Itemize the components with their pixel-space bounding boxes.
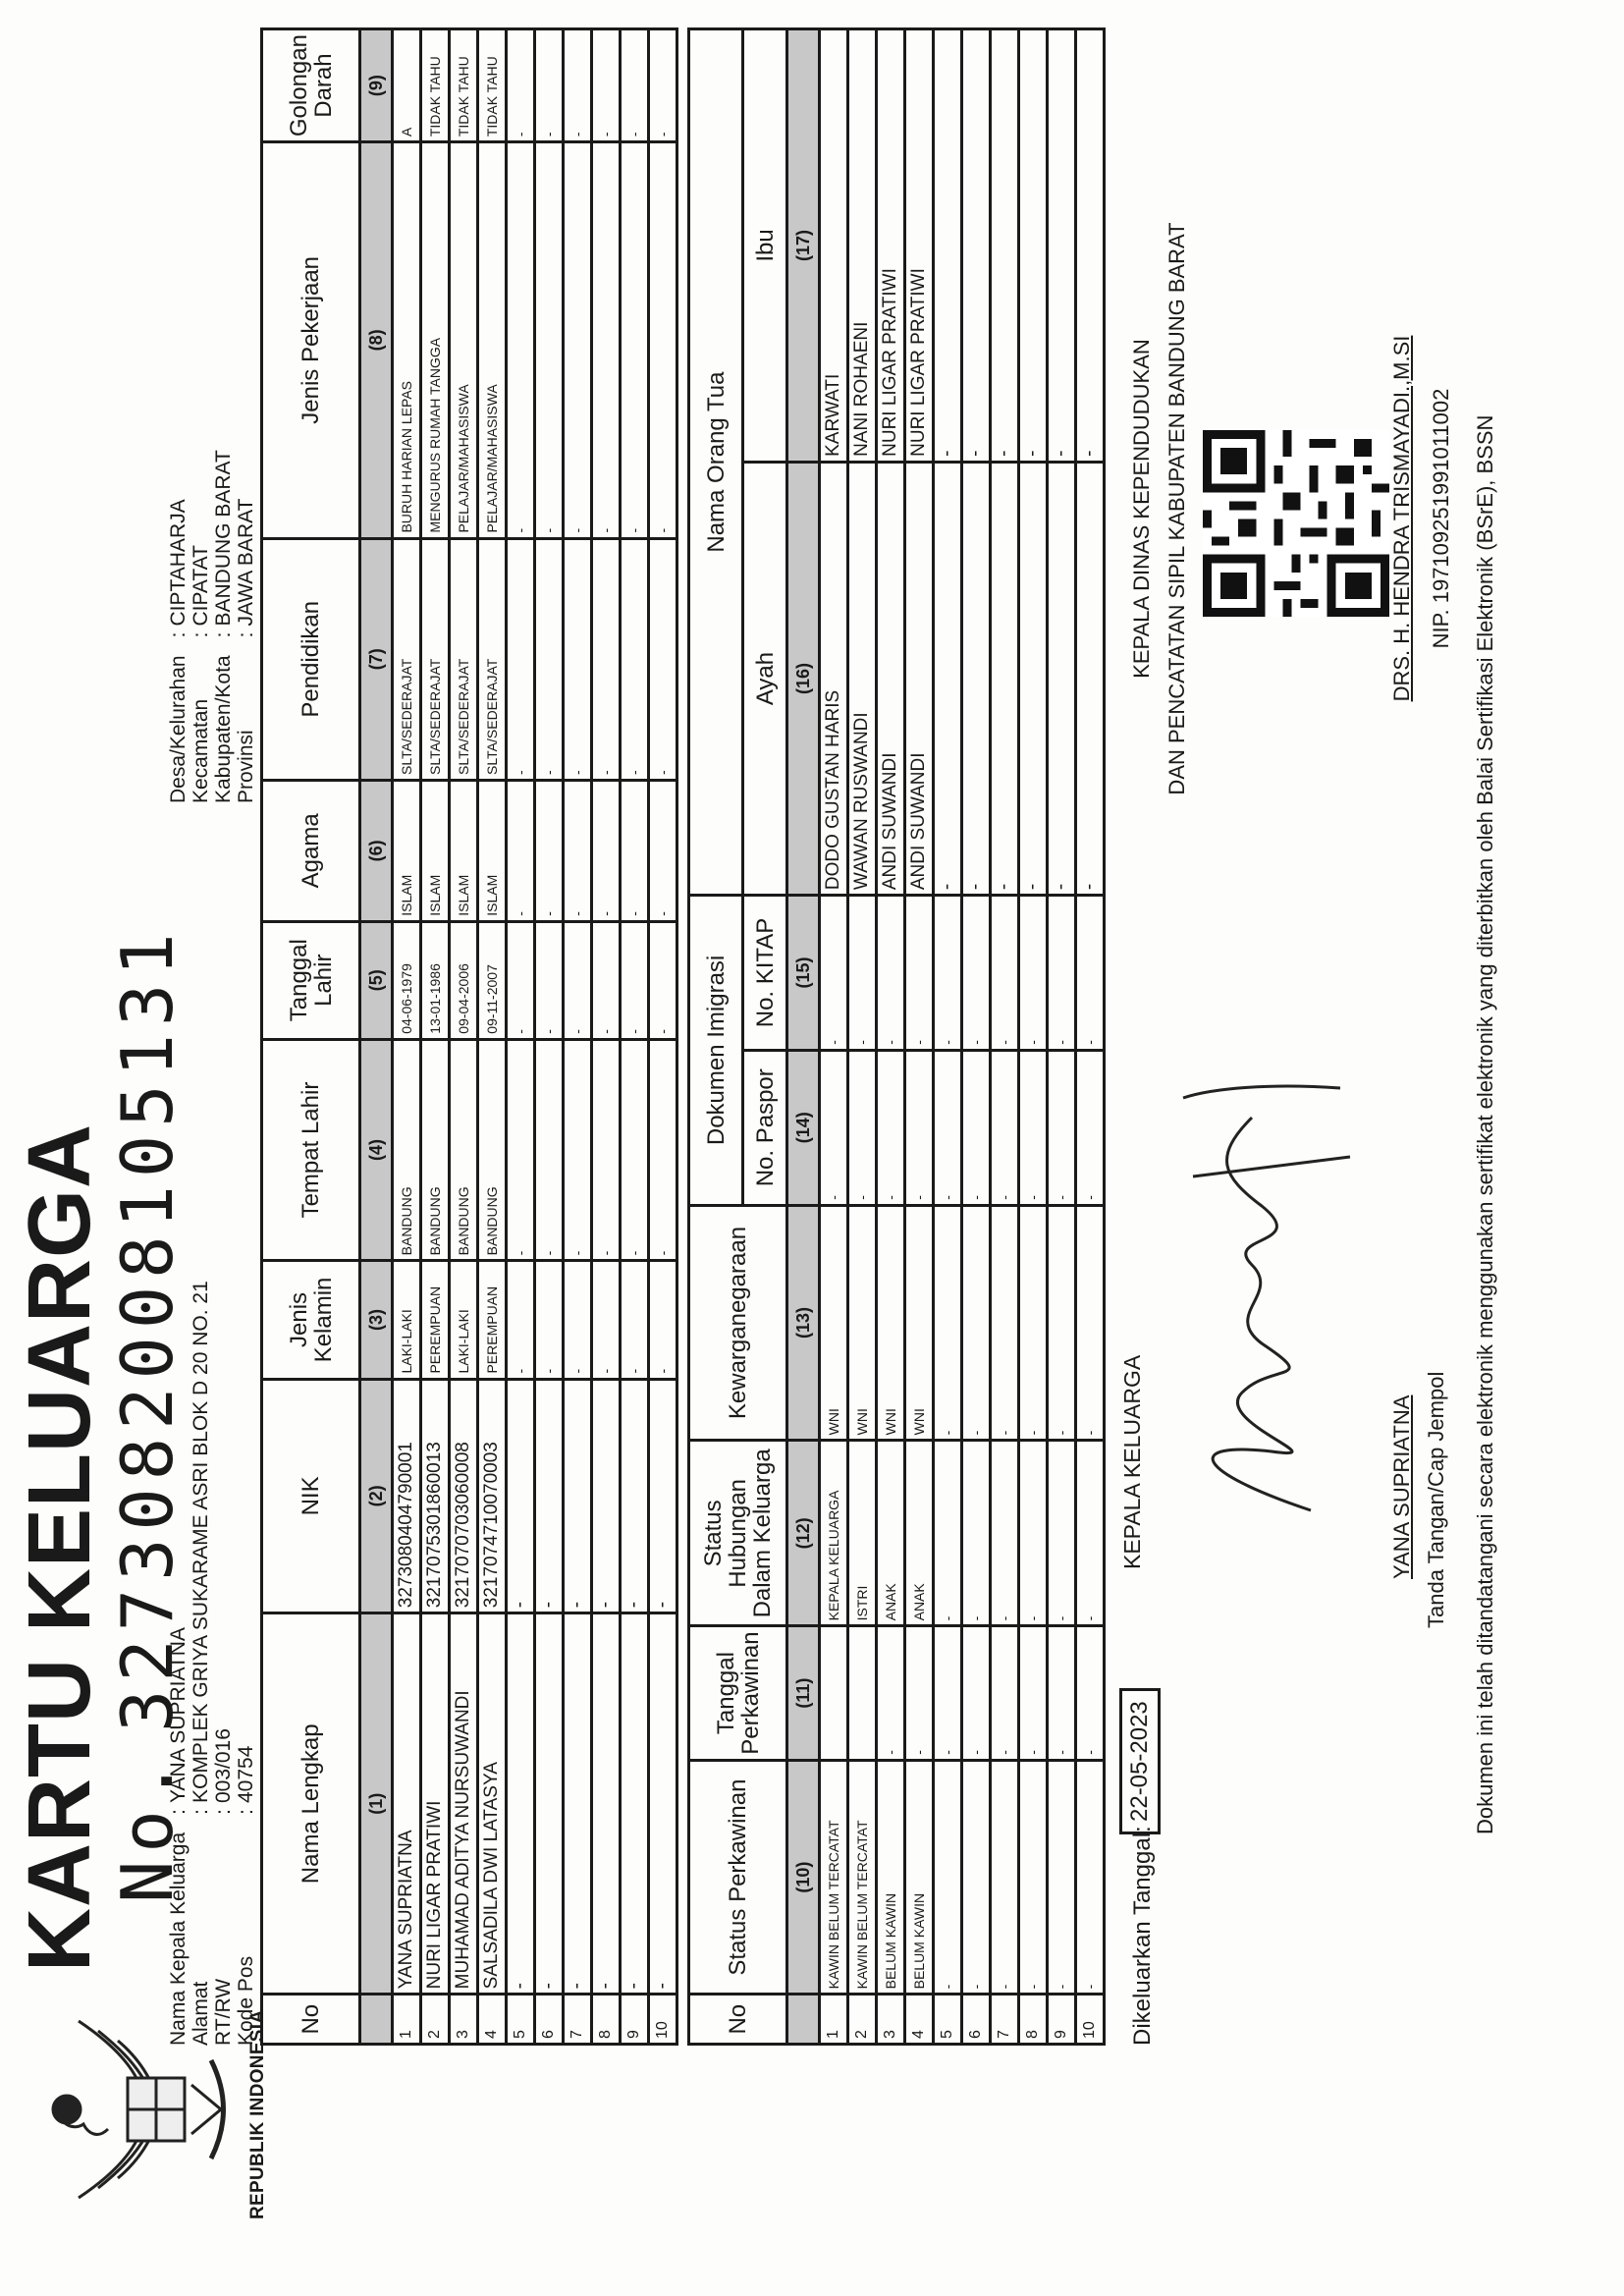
table-cell: - [991, 1441, 1019, 1626]
col-header: Jenis Pekerjaan [262, 142, 360, 538]
table-cell: - [535, 29, 564, 142]
table-cell: - [991, 896, 1019, 1051]
table-cell: - [1076, 896, 1105, 1051]
table-cell: - [621, 1261, 649, 1379]
column-number: (5) [360, 921, 393, 1039]
table-cell: - [564, 780, 592, 921]
table-cell: - [991, 1050, 1019, 1205]
table-cell: 09-04-2006 [450, 921, 478, 1039]
table-cell: - [1076, 1205, 1105, 1441]
table-cell: SALSADILA DWI LATASYA [478, 1613, 507, 1995]
table-cell: - [1019, 29, 1048, 463]
table-cell: - [1048, 1760, 1076, 1995]
table-cell: 7 [991, 1995, 1019, 2045]
table-cell: KARWATI [820, 29, 848, 463]
official-nip: NIP. 197109251991011002 [1429, 263, 1454, 774]
official-title-line: KEPALA DINAS KEPENDUDUKAN [1124, 214, 1160, 803]
table-cell: - [507, 142, 535, 538]
table-cell: - [535, 1613, 564, 1995]
column-number: (11) [787, 1626, 820, 1760]
info-label: Alamat [189, 1815, 212, 2046]
table-cell: BANDUNG [450, 1039, 478, 1261]
table-cell: - [1019, 1205, 1048, 1441]
table-header-row: No Status Perkawinan Tanggal Perkawinan … [689, 29, 743, 2045]
table-cell [848, 1626, 877, 1760]
table-cell: DODO GUSTAN HARIS [820, 462, 848, 895]
family-status-table: No Status Perkawinan Tanggal Perkawinan … [687, 27, 1106, 2046]
table-cell: - [934, 29, 962, 463]
table-cell: - [1076, 462, 1105, 895]
column-number: (7) [360, 538, 393, 780]
column-number-row: (1)(2)(3)(4)(5)(6)(7)(8)(9) [360, 29, 393, 2045]
table-cell: NURI LIGAR PRATIWI [905, 29, 934, 463]
table-cell: - [621, 1379, 649, 1613]
table-cell: - [535, 1379, 564, 1613]
col-header: Status Perkawinan [689, 1760, 787, 1995]
info-value: CIPATAT [189, 450, 212, 626]
table-cell: - [564, 142, 592, 538]
table-row: 3MUHAMAD ADITYA NURSUWANDI32170707030600… [450, 29, 478, 2045]
info-label: Nama Kepala Keluarga [167, 1815, 189, 2046]
table-cell: - [877, 1626, 905, 1760]
table-row: 6-------- [962, 29, 991, 2045]
table-cell: - [905, 896, 934, 1051]
table-cell: ISLAM [393, 780, 421, 921]
table-cell: KEPALA KELUARGA [820, 1441, 848, 1626]
table-cell: 3 [450, 1995, 478, 2045]
table-cell: - [564, 29, 592, 142]
table-cell: - [507, 1039, 535, 1261]
table-cell: - [507, 1613, 535, 1995]
table-cell: ISTRI [848, 1441, 877, 1626]
table-cell: ANAK [905, 1441, 934, 1626]
table-cell: 5 [934, 1995, 962, 2045]
table-cell: - [934, 1626, 962, 1760]
table-cell: - [592, 1379, 621, 1613]
table-cell: 4 [478, 1995, 507, 2045]
column-number: (15) [787, 896, 820, 1051]
info-label: RT/RW [212, 1815, 235, 2046]
official-title-line: DAN PENCATATAN SIPIL KABUPATEN BANDUNG B… [1160, 214, 1195, 803]
document-title: KARTU KELUARGA [10, 1123, 111, 1972]
table-cell: - [535, 1039, 564, 1261]
table-cell: - [649, 1613, 677, 1995]
table-cell: 3217074710070003 [478, 1379, 507, 1613]
table-cell: - [1019, 462, 1048, 895]
table-cell: - [507, 921, 535, 1039]
table-cell: - [535, 780, 564, 921]
column-number: (3) [360, 1261, 393, 1379]
col-header: Pendidikan [262, 538, 360, 780]
table-cell: - [991, 1626, 1019, 1760]
qr-code-icon [1203, 430, 1389, 617]
table-cell: 3 [877, 1995, 905, 2045]
table-cell: BELUM KAWIN [905, 1760, 934, 1995]
col-header: Status Hubungan Dalam Keluarga [689, 1441, 787, 1626]
col-header: NIK [262, 1379, 360, 1613]
table-header-row: No Nama Lengkap NIK Jenis Kelamin Tempat… [262, 29, 360, 2045]
table-cell: - [649, 921, 677, 1039]
table-row: 1YANA SUPRIATNA3273080404790001LAKI-LAKI… [393, 29, 421, 2045]
table-cell: - [934, 896, 962, 1051]
table-cell: - [649, 1039, 677, 1261]
table-cell: - [564, 1379, 592, 1613]
info-value: 40754 [235, 1281, 257, 1803]
col-header: Dokumen Imigrasi [689, 896, 743, 1206]
table-cell: 5 [507, 1995, 535, 2045]
table-cell: - [1019, 1626, 1048, 1760]
handwritten-signature-icon [1154, 1019, 1380, 1530]
col-header: Nama Lengkap [262, 1613, 360, 1995]
table-cell: YANA SUPRIATNA [393, 1613, 421, 1995]
col-header: No. Paspor [743, 1050, 787, 1205]
table-cell: - [592, 29, 621, 142]
table-cell: BANDUNG [421, 1039, 450, 1261]
table-cell: - [592, 1039, 621, 1261]
table-cell: 04-06-1979 [393, 921, 421, 1039]
table-cell: - [962, 1050, 991, 1205]
table-cell: - [564, 1261, 592, 1379]
info-row: Desa/Kelurahan:CIPTAHARJA [167, 450, 189, 803]
table-cell: - [934, 1441, 962, 1626]
table-cell: - [1048, 1205, 1076, 1441]
signature-caption: Tanda Tangan/Cap Jempol [1424, 1372, 1449, 1628]
table-cell: NURI LIGAR PRATIWI [421, 1613, 450, 1995]
table-cell: - [1048, 29, 1076, 463]
table-cell: PELAJAR/MAHASISWA [450, 142, 478, 538]
table-cell: - [1048, 462, 1076, 895]
table-cell: 1 [820, 1995, 848, 2045]
info-label: Provinsi [235, 637, 257, 803]
col-header: No [262, 1995, 360, 2045]
table-cell: - [934, 1760, 962, 1995]
table-cell: - [1019, 1050, 1048, 1205]
column-number: (6) [360, 780, 393, 921]
table-cell: - [535, 921, 564, 1039]
info-row: Kabupaten/Kota:BANDUNG BARAT [212, 450, 235, 803]
column-number: (8) [360, 142, 393, 538]
table-cell: KAWIN BELUM TERCATAT [820, 1760, 848, 1995]
info-label: Kecamatan [189, 637, 212, 803]
table-row: 10-------- [1076, 29, 1105, 2045]
table-cell: - [564, 1039, 592, 1261]
table-cell: ISLAM [421, 780, 450, 921]
table-cell: MENGURUS RUMAH TANGGA [421, 142, 450, 538]
table-row: 9--------- [621, 29, 649, 2045]
table-cell: - [621, 29, 649, 142]
table-cell: 09-11-2007 [478, 921, 507, 1039]
table-cell: 9 [1048, 1995, 1076, 2045]
info-row: Nama Kepala Keluarga:YANA SUPRIATNA [167, 1281, 189, 2046]
col-header: Ibu [743, 29, 787, 463]
table-row: 5-------- [934, 29, 962, 2045]
table-row: 3BELUM KAWIN-ANAKWNI--ANDI SUWANDINURI L… [877, 29, 905, 2045]
table-cell: - [649, 1379, 677, 1613]
official-title: KEPALA DINAS KEPENDUDUKAN DAN PENCATATAN… [1124, 214, 1195, 803]
table-cell: ANAK [877, 1441, 905, 1626]
table-cell [820, 1626, 848, 1760]
table-cell: SLTA/SEDERAJAT [478, 538, 507, 780]
table-cell: - [592, 142, 621, 538]
table-cell: - [592, 1613, 621, 1995]
table-cell: NURI LIGAR PRATIWI [877, 29, 905, 463]
table-cell: - [621, 142, 649, 538]
column-number: (9) [360, 29, 393, 142]
table-row: 10--------- [649, 29, 677, 2045]
table-cell: 10 [1076, 1995, 1105, 2045]
table-cell: PELAJAR/MAHASISWA [478, 142, 507, 538]
table-cell: - [877, 1050, 905, 1205]
table-cell: - [1048, 1441, 1076, 1626]
info-value: KOMPLEK GRIYA SUKARAME ASRI BLOK D 20 NO… [189, 1281, 212, 1803]
family-members-table: No Nama Lengkap NIK Jenis Kelamin Tempat… [260, 27, 678, 2046]
column-number [360, 1995, 393, 2045]
table-row: 5--------- [507, 29, 535, 2045]
table-cell: SLTA/SEDERAJAT [450, 538, 478, 780]
table-cell: - [507, 29, 535, 142]
table-cell: - [1076, 1050, 1105, 1205]
table-cell: - [905, 1626, 934, 1760]
table-cell: 4 [905, 1995, 934, 2045]
table-cell: 9 [621, 1995, 649, 2045]
table-cell: ISLAM [450, 780, 478, 921]
table-cell: - [649, 780, 677, 921]
column-number [787, 1995, 820, 2045]
issued-date: 22-05-2023 [1119, 1688, 1161, 1834]
table-cell: - [962, 896, 991, 1051]
column-number: (2) [360, 1379, 393, 1613]
table-cell: - [962, 1205, 991, 1441]
table-cell: - [1019, 896, 1048, 1051]
column-number: (10) [787, 1760, 820, 1995]
table-cell: WNI [820, 1205, 848, 1441]
table-cell: 3217070703060008 [450, 1379, 478, 1613]
table-cell: - [535, 142, 564, 538]
table-cell: - [564, 1613, 592, 1995]
column-number: (14) [787, 1050, 820, 1205]
col-header: Kewarganegaraan [689, 1205, 787, 1441]
table-cell: - [991, 1760, 1019, 1995]
table-cell: ANDI SUWANDI [905, 462, 934, 895]
table-cell: - [848, 1050, 877, 1205]
table-cell: - [621, 780, 649, 921]
col-header: Ayah [743, 462, 787, 895]
table-cell: LAKI-LAKI [450, 1261, 478, 1379]
table-row: 4SALSADILA DWI LATASYA3217074710070003PE… [478, 29, 507, 2045]
table-row: 1KAWIN BELUM TERCATATKEPALA KELUARGAWNI-… [820, 29, 848, 2045]
table-cell: - [877, 896, 905, 1051]
info-row: RT/RW:003/016 [212, 1281, 235, 2046]
table-cell: - [991, 29, 1019, 463]
info-value: YANA SUPRIATNA [167, 1281, 189, 1803]
table-cell: - [592, 1261, 621, 1379]
table-cell: - [991, 462, 1019, 895]
table-cell: KAWIN BELUM TERCATAT [848, 1760, 877, 1995]
family-card-sheet: REPUBLIK INDONESIA KARTU KELUARGA No.327… [0, 0, 1624, 2296]
table-cell: 2 [421, 1995, 450, 2045]
col-header: Nama Orang Tua [689, 29, 743, 896]
table-cell: - [1076, 29, 1105, 463]
col-header: No [689, 1995, 787, 2045]
table-cell: BELUM KAWIN [877, 1760, 905, 1995]
col-header: No. KITAP [743, 896, 787, 1051]
table-cell: - [564, 538, 592, 780]
table-cell: PEREMPUAN [421, 1261, 450, 1379]
table-cell: - [592, 780, 621, 921]
col-header: Jenis Kelamin [262, 1261, 360, 1379]
table-cell: PEREMPUAN [478, 1261, 507, 1379]
table-cell: - [1048, 1626, 1076, 1760]
table-cell: - [820, 896, 848, 1051]
table-cell: - [848, 896, 877, 1051]
table-cell: 7 [564, 1995, 592, 2045]
col-header: Agama [262, 780, 360, 921]
table-row: 2KAWIN BELUM TERCATATISTRIWNI--WAWAN RUS… [848, 29, 877, 2045]
table-row: 8--------- [592, 29, 621, 2045]
table-cell: - [820, 1050, 848, 1205]
column-number: (17) [787, 29, 820, 463]
table-cell: 8 [592, 1995, 621, 2045]
table-cell: - [905, 1050, 934, 1205]
table-cell: 6 [535, 1995, 564, 2045]
info-label: Desa/Kelurahan [167, 637, 189, 803]
info-label: Kabupaten/Kota [212, 637, 235, 803]
info-row: Kecamatan:CIPATAT [189, 450, 212, 803]
col-header: Tanggal Lahir [262, 921, 360, 1039]
info-value: BANDUNG BARAT [212, 450, 235, 626]
table-cell: - [535, 1261, 564, 1379]
table-row: 7-------- [991, 29, 1019, 2045]
table-cell: LAKI-LAKI [393, 1261, 421, 1379]
column-number: (4) [360, 1039, 393, 1261]
table-cell: - [507, 780, 535, 921]
col-header: Tempat Lahir [262, 1039, 360, 1261]
info-value: 003/016 [212, 1281, 235, 1803]
table-cell: BANDUNG [393, 1039, 421, 1261]
table-cell: WNI [848, 1205, 877, 1441]
table-cell: 2 [848, 1995, 877, 2045]
table-cell: 10 [649, 1995, 677, 2045]
table-cell: - [1076, 1760, 1105, 1995]
table-cell: - [621, 921, 649, 1039]
table-cell: 3217075301860013 [421, 1379, 450, 1613]
table-cell: WNI [905, 1205, 934, 1441]
table-cell: - [507, 538, 535, 780]
table-cell: - [934, 1205, 962, 1441]
table-cell: ISLAM [478, 780, 507, 921]
table-cell: 8 [1019, 1995, 1048, 2045]
table-cell: 13-01-1986 [421, 921, 450, 1039]
col-header: Golongan Darah [262, 29, 360, 142]
table-cell: - [934, 462, 962, 895]
head-of-family-label: KEPALA KELUARGA [1119, 1355, 1146, 1569]
table-cell: WNI [877, 1205, 905, 1441]
info-label: Kode Pos [235, 1815, 257, 2046]
table-row: 6--------- [535, 29, 564, 2045]
column-number: (12) [787, 1441, 820, 1626]
table-cell: - [962, 1760, 991, 1995]
table-row: 7--------- [564, 29, 592, 2045]
table-cell: - [649, 29, 677, 142]
table-cell: TIDAK TAHU [421, 29, 450, 142]
info-row: Alamat:KOMPLEK GRIYA SUKARAME ASRI BLOK … [189, 1281, 212, 2046]
info-row: Provinsi:JAWA BARAT [235, 450, 257, 803]
table-row: 9-------- [1048, 29, 1076, 2045]
table-cell: A [393, 29, 421, 142]
table-cell: BANDUNG [478, 1039, 507, 1261]
table-cell: - [621, 1039, 649, 1261]
table-cell: - [564, 921, 592, 1039]
table-cell: - [649, 1261, 677, 1379]
table-cell: SLTA/SEDERAJAT [421, 538, 450, 780]
table-cell: - [962, 1441, 991, 1626]
table-cell: 6 [962, 1995, 991, 2045]
table-cell: 3273080404790001 [393, 1379, 421, 1613]
column-number: (16) [787, 462, 820, 895]
info-value: JAWA BARAT [235, 450, 257, 626]
table-cell: - [621, 538, 649, 780]
official-name: DRS. H. HENDRA TRISMAYADI.,M.SI [1389, 263, 1415, 774]
table-cell: - [1076, 1626, 1105, 1760]
table-cell: 1 [393, 1995, 421, 2045]
table-cell: - [649, 142, 677, 538]
table-cell: - [649, 538, 677, 780]
table-cell: MUHAMAD ADITYA NURSUWANDI [450, 1613, 478, 1995]
table-cell: - [962, 29, 991, 463]
table-cell: - [1048, 1050, 1076, 1205]
table-cell: TIDAK TAHU [478, 29, 507, 142]
column-number: (13) [787, 1205, 820, 1441]
table-row: 4BELUM KAWIN-ANAKWNI--ANDI SUWANDINURI L… [905, 29, 934, 2045]
table-cell: SLTA/SEDERAJAT [393, 538, 421, 780]
table-cell: - [1048, 896, 1076, 1051]
table-cell: - [507, 1261, 535, 1379]
head-info-right: Desa/Kelurahan:CIPTAHARJA Kecamatan:CIPA… [167, 450, 257, 803]
column-number: (1) [360, 1613, 393, 1995]
table-cell: - [1076, 1441, 1105, 1626]
table-cell: - [592, 538, 621, 780]
info-row: Kode Pos:40754 [235, 1281, 257, 2046]
table-row: 2NURI LIGAR PRATIWI3217075301860013PEREM… [421, 29, 450, 2045]
table-cell: WAWAN RUSWANDI [848, 462, 877, 895]
table-cell: - [934, 1050, 962, 1205]
table-cell: NANI ROHAENI [848, 29, 877, 463]
table-cell: - [991, 1205, 1019, 1441]
table-cell: - [962, 462, 991, 895]
table-cell: BURUH HARIAN LEPAS [393, 142, 421, 538]
table-cell: TIDAK TAHU [450, 29, 478, 142]
table-cell: - [1019, 1760, 1048, 1995]
table-cell: - [1019, 1441, 1048, 1626]
table-cell: - [621, 1613, 649, 1995]
table-row: 8-------- [1019, 29, 1048, 2045]
table-cell: - [962, 1626, 991, 1760]
column-number-row: (10)(11)(12)(13)(14)(15)(16)(17) [787, 29, 820, 2045]
table-cell: - [507, 1379, 535, 1613]
head-of-family-name: YANA SUPRIATNA [1389, 1395, 1415, 1579]
table-cell: ANDI SUWANDI [877, 462, 905, 895]
electronic-signature-note: Dokumen ini telah ditandatangani secara … [1473, 415, 1498, 1834]
table-cell: - [592, 921, 621, 1039]
issued-label: Dikeluarkan Tanggal: [1129, 1826, 1157, 2046]
head-info-left: Nama Kepala Keluarga:YANA SUPRIATNA Alam… [167, 1281, 257, 2046]
table-cell: - [535, 538, 564, 780]
col-header: Tanggal Perkawinan [689, 1626, 787, 1760]
info-value: CIPTAHARJA [167, 450, 189, 626]
